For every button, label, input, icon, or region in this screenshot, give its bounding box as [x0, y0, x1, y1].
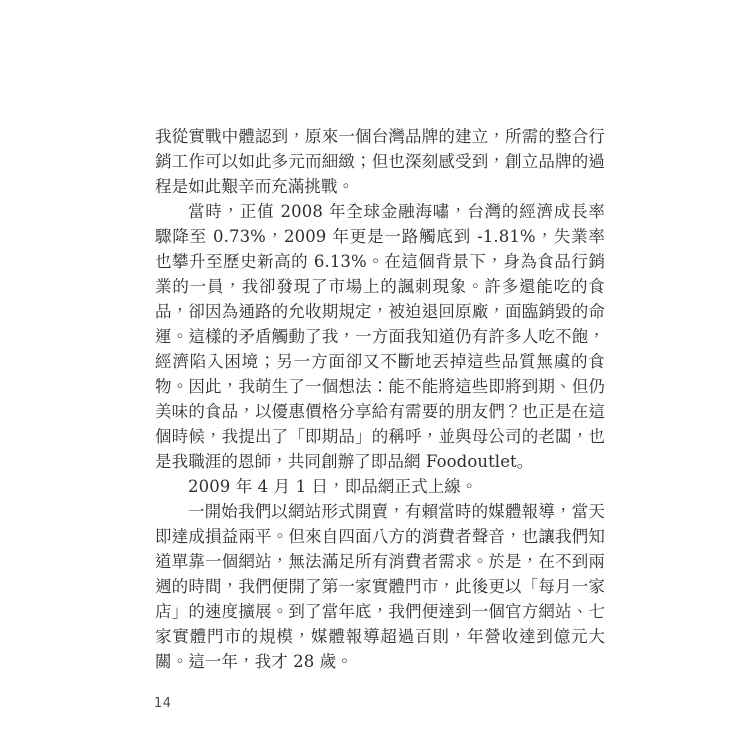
paragraph: 一開始我們以網站形式開賣，有賴當時的媒體報導，當天即達成損益兩平。但來自四面八方… — [155, 499, 605, 674]
book-page: 我從實戰中體認到，原來一個台灣品牌的建立，所需的整合行銷工作可以如此多元而細緻；… — [0, 0, 750, 750]
page-number: 14 — [154, 696, 172, 711]
paragraph: 當時，正值 2008 年全球金融海嘯，台灣的經濟成長率驟降至 0.73%，200… — [155, 199, 605, 474]
body-text: 我從實戰中體認到，原來一個台灣品牌的建立，所需的整合行銷工作可以如此多元而細緻；… — [155, 124, 605, 674]
paragraph: 2009 年 4 月 1 日，即品網正式上線。 — [155, 474, 605, 499]
paragraph: 我從實戰中體認到，原來一個台灣品牌的建立，所需的整合行銷工作可以如此多元而細緻；… — [155, 124, 605, 199]
